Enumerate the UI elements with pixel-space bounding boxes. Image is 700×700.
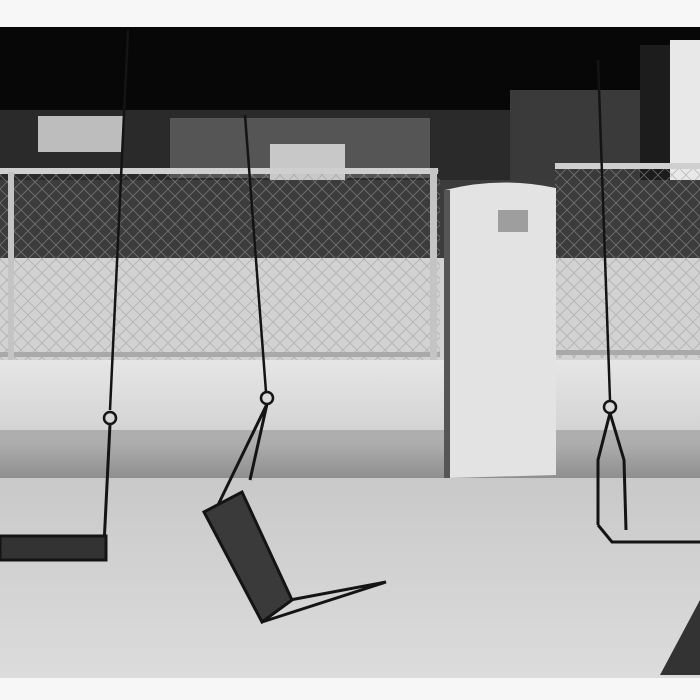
concrete-pillar xyxy=(444,182,556,478)
dark-roof-structure xyxy=(0,27,700,180)
photo-swings xyxy=(0,0,700,700)
photo-canvas xyxy=(0,0,700,700)
chain-link-fence xyxy=(0,163,700,362)
